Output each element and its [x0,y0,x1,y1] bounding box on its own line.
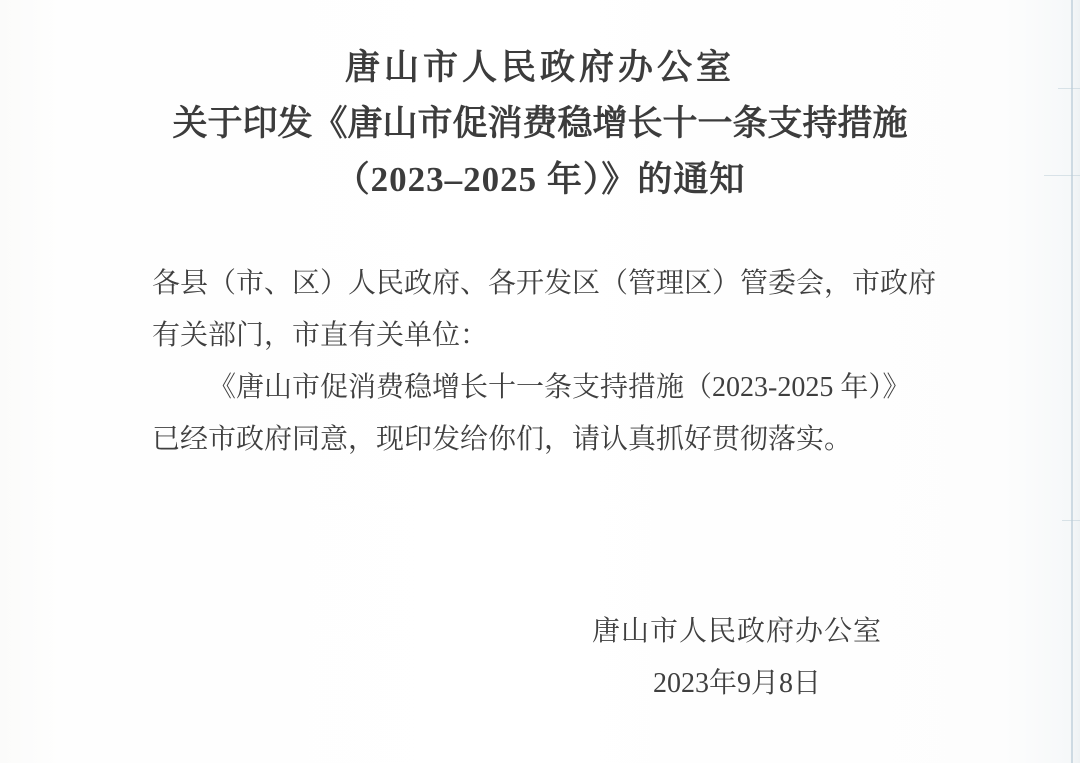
document-page: 唐山市人民政府办公室 关于印发《唐山市促消费稳增长十一条支持措施 （2023–2… [0,0,1080,763]
document-body: 各县（市、区）人民政府、各开发区（管理区）管委会，市政府 有关部门，市直有关单位… [152,258,934,466]
document-title: 唐山市人民政府办公室 关于印发《唐山市促消费稳增长十一条支持措施 （2023–2… [0,40,1080,208]
signature-org: 唐山市人民政府办公室 [537,606,937,658]
scan-edge-artifact [1062,520,1080,521]
body-line-2: 已经市政府同意，现印发给你们，请认真抓好贯彻落实。 [152,414,934,466]
title-line-1: 唐山市人民政府办公室 [0,40,1080,96]
title-line-2: 关于印发《唐山市促消费稳增长十一条支持措施 [0,96,1080,152]
salutation-line-2: 有关部门，市直有关单位： [152,310,934,362]
title-line-3: （2023–2025 年）》的通知 [0,152,1080,208]
salutation-line-1: 各县（市、区）人民政府、各开发区（管理区）管委会，市政府 [152,258,934,310]
signature-block: 唐山市人民政府办公室 2023年9月8日 [537,606,937,710]
signature-date: 2023年9月8日 [537,658,937,710]
body-line-1: 《唐山市促消费稳增长十一条支持措施（2023-2025 年）》 [152,362,934,414]
